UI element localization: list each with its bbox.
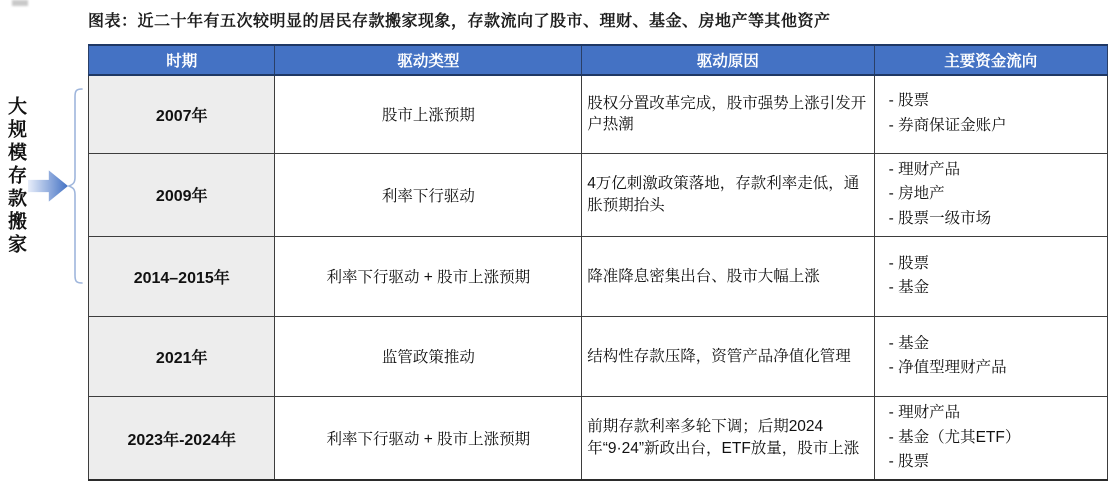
fund-flow-item: - 股票: [889, 450, 1101, 475]
driver-reason-cell: 降准降息密集出台、股市大幅上涨: [582, 236, 874, 316]
driver-type-cell: 利率下行驱动: [275, 153, 582, 236]
period-cell: 2021年: [89, 316, 275, 396]
period-cell: 2007年: [89, 75, 275, 153]
fund-flow-list: - 理财产品- 房地产- 股票一级市场: [889, 158, 1101, 232]
fund-flow-cell: - 股票- 券商保证金账户: [874, 75, 1107, 153]
fund-flow-list: - 股票- 券商保证金账户: [889, 89, 1101, 139]
fund-flow-item: - 基金（尤其ETF）: [889, 426, 1101, 451]
corner-artifact: [12, 0, 28, 6]
fund-flow-list: - 股票- 基金: [889, 252, 1101, 302]
fund-flow-list: - 理财产品- 基金（尤其ETF）- 股票: [889, 401, 1101, 475]
table-row: 2007年 股市上涨预期 股权分置改革完成，股市强势上涨引发开户热潮 - 股票-…: [89, 75, 1108, 153]
brace-icon: [68, 88, 86, 284]
fund-flow-item: - 房地产: [889, 182, 1101, 207]
page-title: 图表：近二十年有五次较明显的居民存款搬家现象，存款流向了股市、理财、基金、房地产…: [88, 8, 1108, 31]
period-cell: 2009年: [89, 153, 275, 236]
fund-flow-item: - 净值型理财产品: [889, 356, 1101, 381]
driver-reason-cell: 结构性存款压降，资管产品净值化管理: [582, 316, 874, 396]
header-driver-reason: 驱动原因: [582, 45, 874, 75]
header-driver-type: 驱动类型: [275, 45, 582, 75]
fund-flow-cell: - 股票- 基金: [874, 236, 1107, 316]
table-row: 2023年-2024年 利率下行驱动 + 股市上涨预期 前期存款利率多轮下调；后…: [89, 396, 1108, 480]
fund-flow-item: - 基金: [889, 332, 1101, 357]
driver-type-cell: 利率下行驱动 + 股市上涨预期: [275, 396, 582, 480]
driver-reason-cell: 4万亿刺激政策落地，存款利率走低，通胀预期抬头: [582, 153, 874, 236]
fund-flow-item: - 券商保证金账户: [889, 114, 1101, 139]
side-vertical-label: 大规模存款搬家: [6, 96, 25, 257]
header-period: 时期: [89, 45, 275, 75]
deposit-migration-table: 时期 驱动类型 驱动原因 主要资金流向 2007年 股市上涨预期 股权分置改革完…: [88, 44, 1108, 481]
table-row: 2009年 利率下行驱动 4万亿刺激政策落地，存款利率走低，通胀预期抬头 - 理…: [89, 153, 1108, 236]
fund-flow-item: - 股票: [889, 252, 1101, 277]
fund-flow-cell: - 基金- 净值型理财产品: [874, 316, 1107, 396]
driver-reason-cell: 股权分置改革完成，股市强势上涨引发开户热潮: [582, 75, 874, 153]
fund-flow-list: - 基金- 净值型理财产品: [889, 332, 1101, 382]
page: 图表：近二十年有五次较明显的居民存款搬家现象，存款流向了股市、理财、基金、房地产…: [0, 0, 1116, 484]
fund-flow-cell: - 理财产品- 房地产- 股票一级市场: [874, 153, 1107, 236]
period-cell: 2014–2015年: [89, 236, 275, 316]
header-row: 时期 驱动类型 驱动原因 主要资金流向: [89, 45, 1108, 75]
fund-flow-item: - 基金: [889, 276, 1101, 301]
fund-flow-item: - 理财产品: [889, 401, 1101, 426]
table-row: 2014–2015年 利率下行驱动 + 股市上涨预期 降准降息密集出台、股市大幅…: [89, 236, 1108, 316]
driver-reason-cell: 前期存款利率多轮下调；后期2024年“9·24”新政出台，ETF放量，股市上涨: [582, 396, 874, 480]
period-cell: 2023年-2024年: [89, 396, 275, 480]
fund-flow-cell: - 理财产品- 基金（尤其ETF）- 股票: [874, 396, 1107, 480]
table-row: 2021年 监管政策推动 结构性存款压降，资管产品净值化管理 - 基金- 净值型…: [89, 316, 1108, 396]
driver-type-cell: 股市上涨预期: [275, 75, 582, 153]
fund-flow-item: - 股票: [889, 89, 1101, 114]
fund-flow-item: - 股票一级市场: [889, 207, 1101, 232]
fund-flow-item: - 理财产品: [889, 158, 1101, 183]
driver-type-cell: 利率下行驱动 + 股市上涨预期: [275, 236, 582, 316]
driver-type-cell: 监管政策推动: [275, 316, 582, 396]
grouping-brace: [68, 88, 86, 284]
right-arrow-icon: [28, 169, 68, 203]
header-fund-flow: 主要资金流向: [874, 45, 1107, 75]
